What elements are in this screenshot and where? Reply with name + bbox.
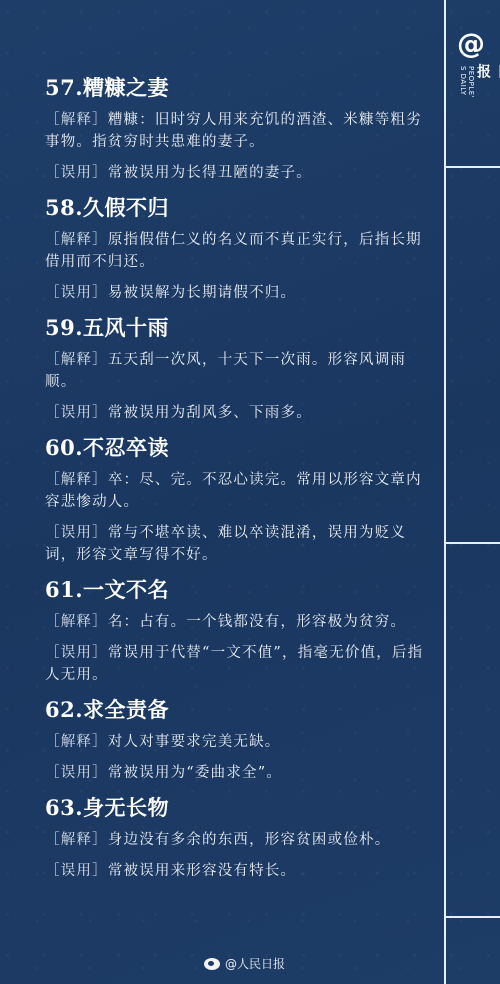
idiom-title: 58.久假不归 [45,193,425,223]
sidebar-divider-3 [445,916,500,918]
explain-label: ［解释］ [45,614,108,630]
misuse-text: ［误用］常误用于代替“一文不值”，指毫无价值，后指人无用。 [45,642,425,686]
weibo-icon [204,958,220,970]
misuse-label: ［误用］ [45,285,108,301]
at-logo-icon: @ [457,30,485,58]
idiom-title: 60.不忍卒读 [45,433,425,463]
explanation-text: ［解释］名：占有。一个钱都没有，形容极为贫穷。 [45,611,425,633]
explanation-text: ［解释］原指假借仁义的名义而不真正实行，后指长期借用而不归还。 [45,229,425,273]
misuse-label: ［误用］ [45,863,108,879]
misuse-text: ［误用］常被误用为长得丑陋的妻子。 [45,162,425,184]
explanation-text: ［解释］卒：尽、完。不忍心读完。常用以形容文章内容悲惨动人。 [45,469,425,513]
watermark-text: @人民日报 [225,955,285,972]
logo-english-text: PEOPLE' S DAILY [459,66,475,98]
misuse-text: ［误用］常被误用为“委曲求全”。 [45,762,425,784]
misuse-text: ［误用］常被误用为刮风多、下雨多。 [45,402,425,424]
misuse-label: ［误用］ [45,525,108,541]
misuse-text: ［误用］易被误解为长期请假不归。 [45,282,425,304]
misuse-label: ［误用］ [45,405,108,421]
misuse-label: ［误用］ [45,165,108,181]
idiom-title: 63.身无长物 [45,793,425,823]
idiom-title: 57.糟糠之妻 [45,73,425,103]
misuse-text: ［误用］常被误用来形容没有特长。 [45,860,425,882]
sidebar-divider-2 [445,542,500,544]
explanation-text: ［解释］对人对事要求完美无缺。 [45,731,425,753]
logo-chinese-text: 人民日报 [473,64,500,78]
idiom-list: 57.糟糠之妻 ［解释］糟糠：旧时穷人用来充饥的酒渣、米糠等粗劣事物。指贫穷时共… [45,73,425,891]
idiom-entry: 58.久假不归 ［解释］原指假借仁义的名义而不真正实行，后指长期借用而不归还。 … [45,193,425,304]
idiom-title: 62.求全责备 [45,695,425,725]
misuse-label: ［误用］ [45,765,108,781]
explanation-text: ［解释］五天刮一次风，十天下一次雨。形容风调雨顺。 [45,349,425,393]
explain-label: ［解释］ [45,112,108,128]
idiom-title: 59.五风十雨 [45,313,425,343]
idiom-entry: 63.身无长物 ［解释］身边没有多余的东西，形容贫困或俭朴。 ［误用］常被误用来… [45,793,425,882]
idiom-entry: 62.求全责备 ［解释］对人对事要求完美无缺。 ［误用］常被误用为“委曲求全”。 [45,695,425,784]
idiom-entry: 59.五风十雨 ［解释］五天刮一次风，十天下一次雨。形容风调雨顺。 ［误用］常被… [45,313,425,424]
explanation-text: ［解释］糟糠：旧时穷人用来充饥的酒渣、米糠等粗劣事物。指贫穷时共患难的妻子。 [45,109,425,153]
weibo-watermark: @人民日报 [204,955,285,972]
explain-label: ［解释］ [45,832,108,848]
explain-label: ［解释］ [45,734,108,750]
misuse-text: ［误用］常与不堪卒读、难以卒读混淆，误用为贬义词，形容文章写得不好。 [45,522,425,566]
explanation-text: ［解释］身边没有多余的东西，形容贫困或俭朴。 [45,829,425,851]
idiom-entry: 57.糟糠之妻 ［解释］糟糠：旧时穷人用来充饥的酒渣、米糠等粗劣事物。指贫穷时共… [45,73,425,184]
idiom-title: 61.一文不名 [45,575,425,605]
sidebar-divider-vertical [444,0,446,984]
explain-label: ［解释］ [45,472,108,488]
explain-label: ［解释］ [45,352,108,368]
idiom-entry: 60.不忍卒读 ［解释］卒：尽、完。不忍心读完。常用以形容文章内容悲惨动人。 ［… [45,433,425,566]
peoples-daily-logo: @ 人民日报 PEOPLE' S DAILY [455,30,495,140]
idiom-entry: 61.一文不名 ［解释］名：占有。一个钱都没有，形容极为贫穷。 ［误用］常误用于… [45,575,425,686]
explain-label: ［解释］ [45,232,108,248]
sidebar-divider-1 [445,166,500,168]
misuse-label: ［误用］ [45,645,108,661]
